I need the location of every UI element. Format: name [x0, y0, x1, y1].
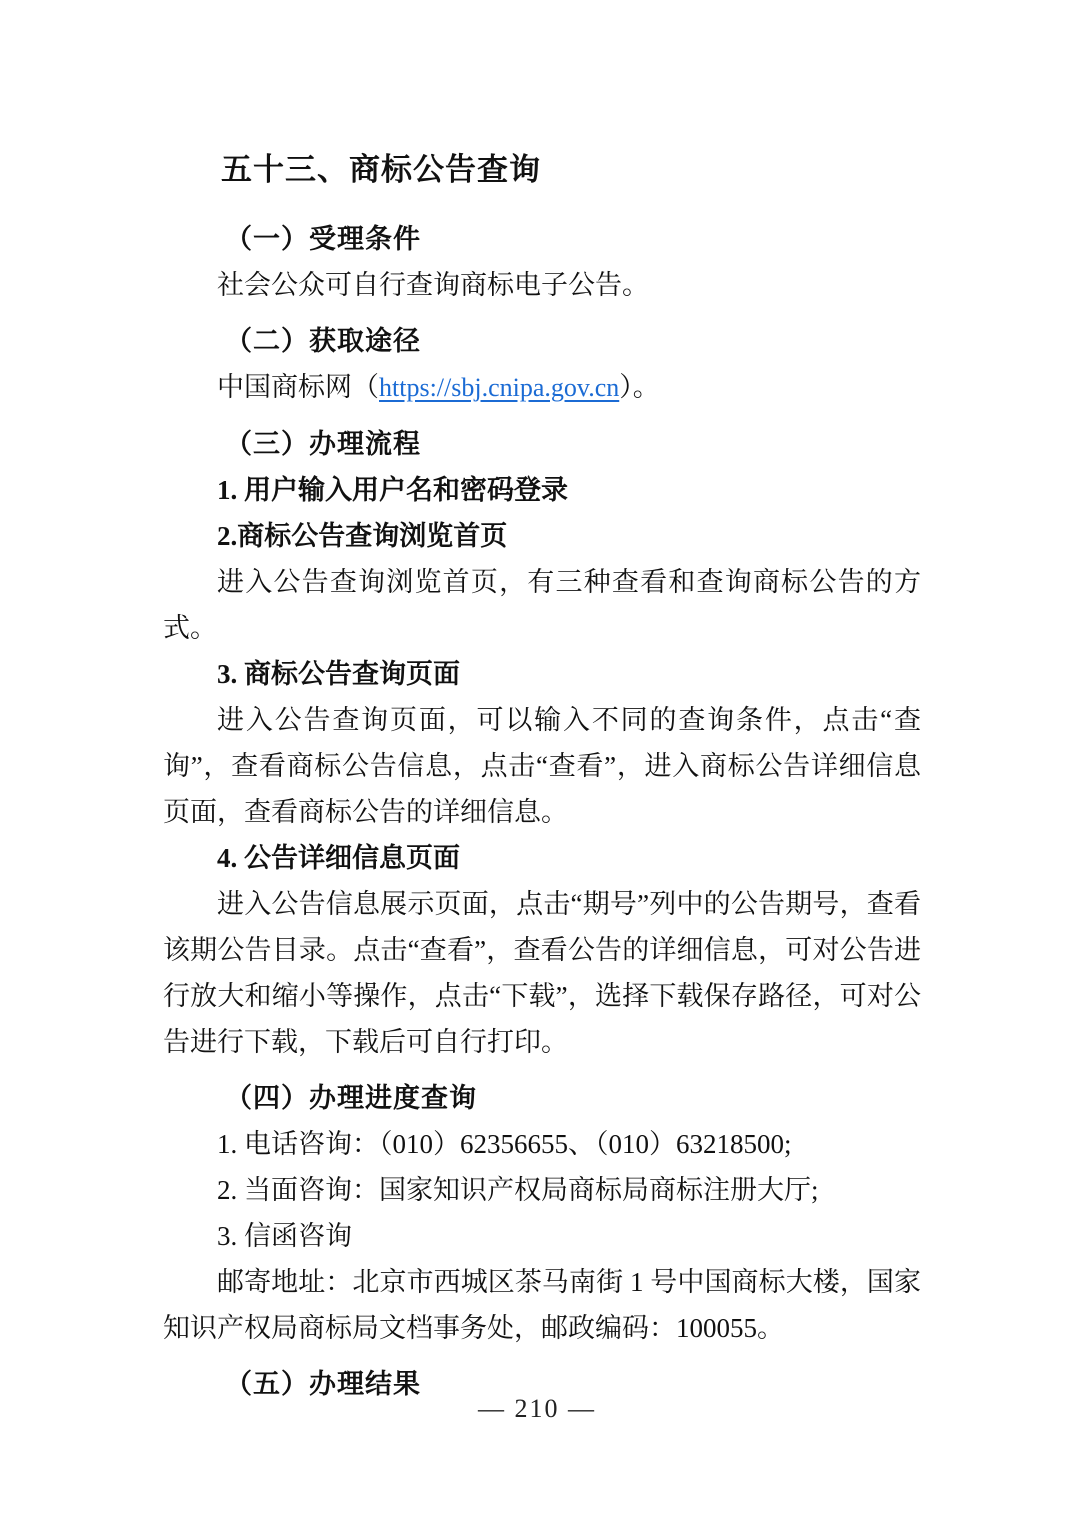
page-number: — 210 —: [0, 1392, 1074, 1426]
process-step-1-login: 1. 用户输入用户名和密码登录: [163, 467, 921, 513]
process-step-3-query-page: 3. 商标公告查询页面: [163, 651, 921, 697]
access-channel-suffix-text: ）。: [619, 372, 660, 402]
paragraph-mailing-address: 邮寄地址：北京市西城区茶马南街 1 号中国商标大楼，国家知识产权局商标局文档事务…: [163, 1259, 921, 1351]
trademark-website-link[interactable]: https://sbj.cnipa.gov.cn: [379, 373, 619, 402]
section-heading-acceptance-conditions: （一）受理条件: [163, 216, 921, 262]
inquiry-item-2-in-person: 2. 当面咨询：国家知识产权局商标局商标注册大厅;: [163, 1167, 921, 1213]
document-page: 五十三、商标公告查询 （一）受理条件 社会公众可自行查询商标电子公告。 （二）获…: [0, 0, 1074, 1520]
process-step-2-description: 进入公告查询浏览首页，有三种查看和查询商标公告的方式。: [163, 559, 921, 651]
process-step-3-description: 进入公告查询页面，可以输入不同的查询条件，点击“查询”，查看商标公告信息，点击“…: [163, 697, 921, 835]
paragraph-acceptance-conditions: 社会公众可自行查询商标电子公告。: [163, 262, 921, 308]
section-heading-access-channel: （二）获取途径: [163, 318, 921, 364]
access-channel-prefix-text: 中国商标网（: [217, 372, 379, 402]
section-heading-process-flow: （三）办理流程: [163, 421, 921, 467]
page-title: 五十三、商标公告查询: [221, 148, 921, 192]
inquiry-item-3-mail: 3. 信函咨询: [163, 1213, 921, 1259]
process-step-2-browse-homepage: 2.商标公告查询浏览首页: [163, 513, 921, 559]
process-step-4-detail-page: 4. 公告详细信息页面: [163, 835, 921, 881]
document-content: 五十三、商标公告查询 （一）受理条件 社会公众可自行查询商标电子公告。 （二）获…: [163, 148, 921, 1407]
section-heading-progress-inquiry: （四）办理进度查询: [163, 1075, 921, 1121]
paragraph-access-channel: 中国商标网（https://sbj.cnipa.gov.cn）。: [163, 364, 921, 411]
process-step-4-description: 进入公告信息展示页面，点击“期号”列中的公告期号，查看该期公告目录。点击“查看”…: [163, 881, 921, 1065]
inquiry-item-1-phone: 1. 电话咨询：（010）62356655、（010）63218500;: [163, 1121, 921, 1167]
